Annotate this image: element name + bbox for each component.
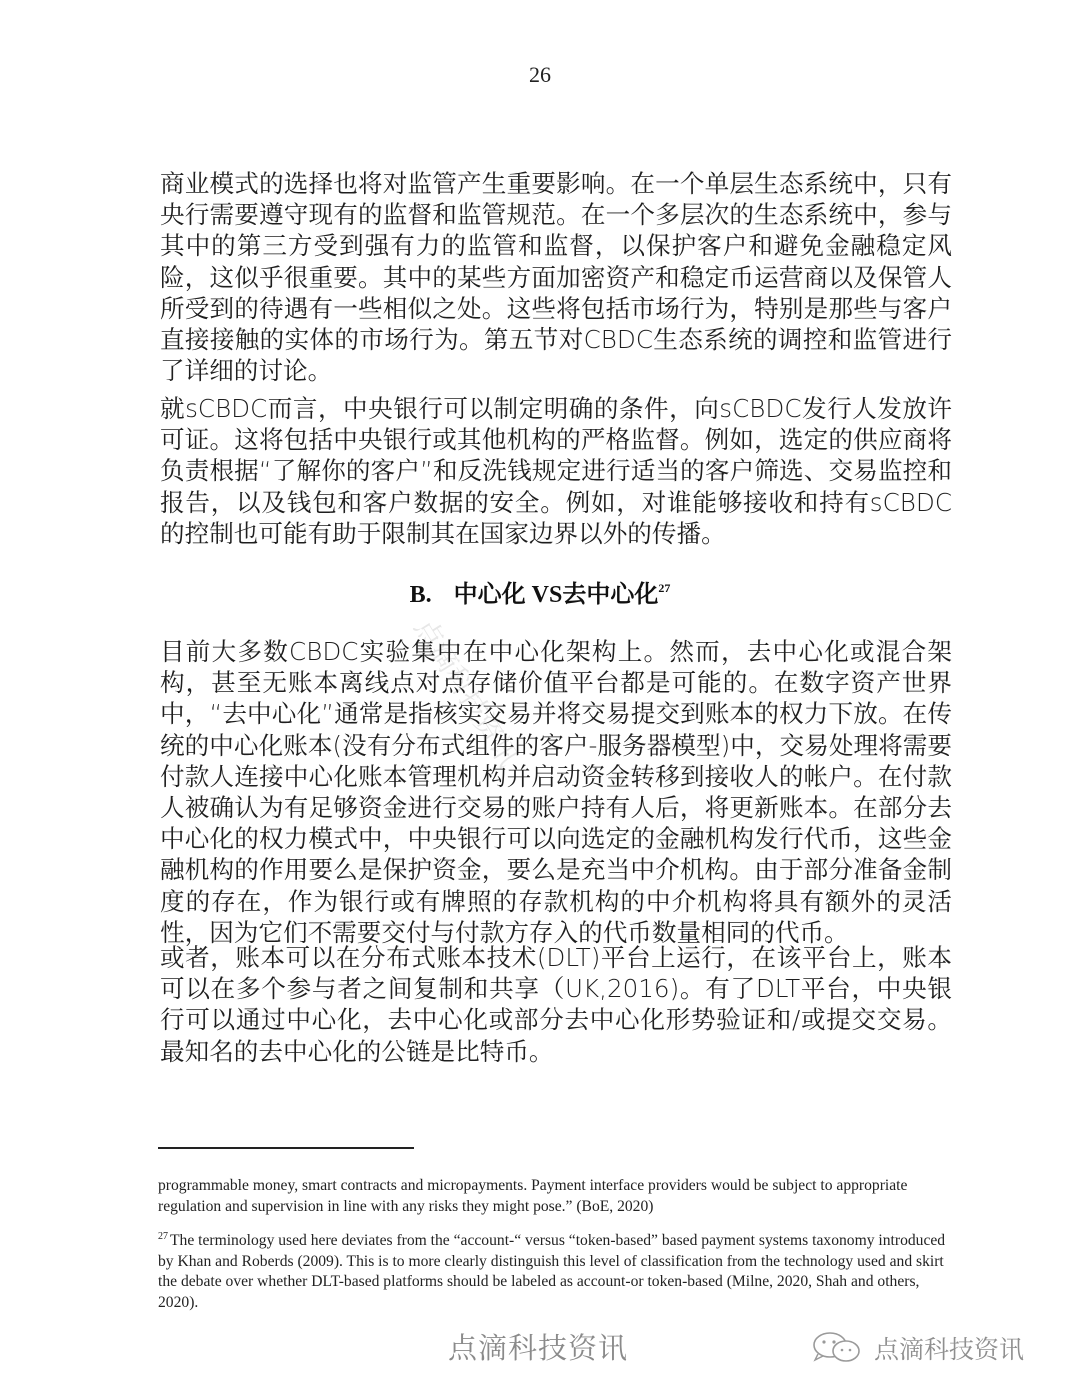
footnote-number: 27 bbox=[158, 1231, 168, 1242]
footer-brand-text: 点滴科技资讯 bbox=[874, 1330, 1024, 1366]
section-title: 中心化 VS去中心化 bbox=[454, 582, 659, 608]
footnote-text: The terminology used here deviates from … bbox=[158, 1232, 945, 1311]
paragraph-text: 或者，账本可以在分布式账本技术(DLT)平台上运行，在该平台上，账本可以在多个参… bbox=[160, 942, 952, 1067]
footnote-continued: programmable money, smart contracts and … bbox=[158, 1176, 958, 1217]
page-number: 26 bbox=[0, 62, 1080, 88]
paragraph-text: 就sCBDC而言，中央银行可以制定明确的条件，向sCBDC发行人发放许可证。这将… bbox=[160, 393, 952, 549]
body-paragraph-1: 商业模式的选择也将对监管产生重要影响。在一个单层生态系统中，只有央行需要遵守现有… bbox=[160, 168, 952, 386]
footnote-ref: 27 bbox=[658, 581, 670, 595]
footnote-27: 27The terminology used here deviates fro… bbox=[158, 1227, 958, 1313]
body-paragraph-3: 目前大多数CBDC实验集中在中心化架构上。然而，去中心化或混合架构，甚至无账本离… bbox=[160, 636, 952, 948]
body-paragraph-2: 就sCBDC而言，中央银行可以制定明确的条件，向sCBDC发行人发放许可证。这将… bbox=[160, 393, 952, 549]
section-heading: B.中心化 VS去中心化27 bbox=[0, 574, 1080, 609]
footnote-separator bbox=[158, 1147, 414, 1149]
section-label: B. bbox=[410, 582, 432, 608]
footer-brand-left: 点滴科技资讯 bbox=[448, 1326, 628, 1367]
paragraph-text: 商业模式的选择也将对监管产生重要影响。在一个单层生态系统中，只有央行需要遵守现有… bbox=[160, 168, 952, 386]
body-paragraph-4: 或者，账本可以在分布式账本技术(DLT)平台上运行，在该平台上，账本可以在多个参… bbox=[160, 942, 952, 1067]
footer-brand-right: 点滴科技资讯 bbox=[808, 1330, 1024, 1366]
wechat-icon bbox=[808, 1330, 868, 1366]
paragraph-text: 目前大多数CBDC实验集中在中心化架构上。然而，去中心化或混合架构，甚至无账本离… bbox=[160, 636, 952, 948]
